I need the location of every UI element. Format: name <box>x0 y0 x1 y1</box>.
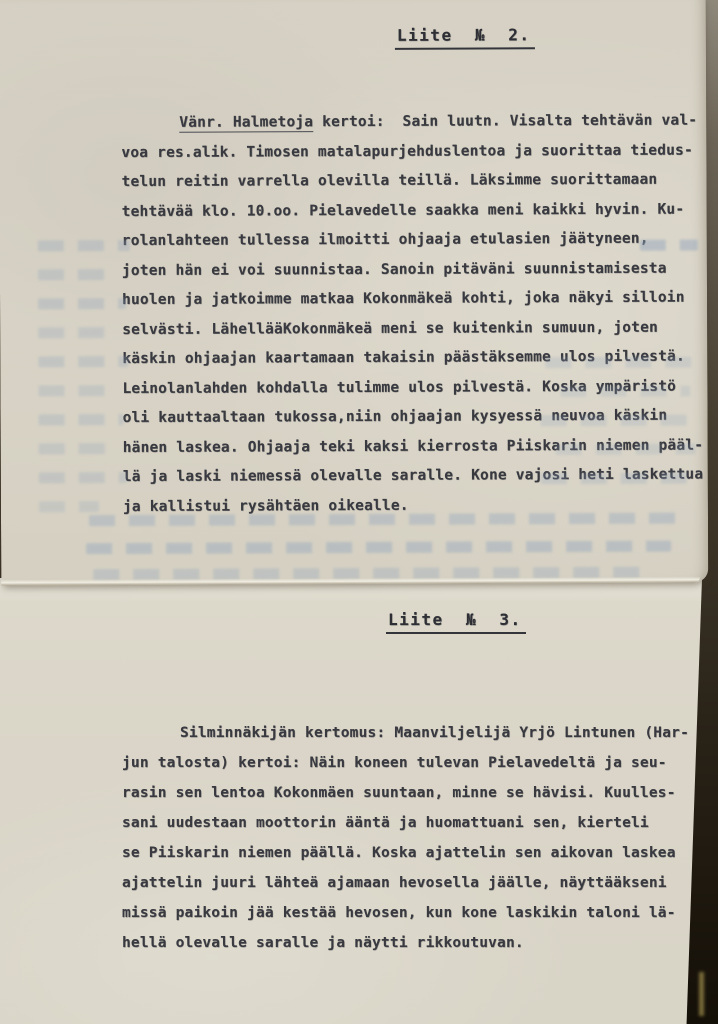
page-heading: Liite № 2. <box>395 25 535 50</box>
text-line: tehtävää klo. 10.oo. Pielavedelle saakka… <box>122 195 708 227</box>
bleed-through-text <box>38 240 130 251</box>
bleed-through-text <box>38 327 114 338</box>
bleed-through-text <box>39 414 124 425</box>
underlined-name: Vänr. Halmetoja <box>179 114 313 133</box>
text-line: Leinolanlahden kohdalla tulimme ulos pil… <box>122 372 708 404</box>
text-line: joten hän ei voi suunnistaa. Sanoin pitä… <box>122 254 708 286</box>
page-heading: Liite № 3. <box>386 610 526 634</box>
text-line: voa res.alik. Timosen matalapurjehduslen… <box>121 136 707 168</box>
text-line: Vänr. Halmetoja kertoi: Sain luutn. Visa… <box>121 106 707 138</box>
text-line: oli kauttaaltaan tukossa,niin ohjaajan k… <box>122 401 708 433</box>
bleed-through-text <box>38 298 126 309</box>
text-line: sani uudestaan moottorin ääntä ja huomat… <box>122 808 708 838</box>
photo-edge-glare <box>699 972 704 1016</box>
text-line: lä ja laski niemessä olevalle saralle. K… <box>123 460 709 492</box>
text-line: telun reitin varrella olevilla teillä. L… <box>121 165 707 197</box>
page-liite-2: Liite № 2. Vänr. Halmetoja kertoi: Sain … <box>0 0 708 586</box>
document-photo: { "colors": { "paper_top_sheet": "#d7d2c… <box>0 0 718 1024</box>
page-body: Silminnäkijän kertomus: Maanviljelijä Yr… <box>122 718 708 958</box>
text-line: rasin sen lentoa Kokonmäen suuntaan, min… <box>122 778 708 808</box>
bleed-through-text <box>93 567 648 580</box>
text-line: missä paikoin jää kestää hevosen, kun ko… <box>122 898 708 928</box>
bleed-through-text <box>39 501 99 512</box>
text-line: hänen laskea. Ohjaaja teki kaksi kierros… <box>123 431 709 463</box>
text-line: ja kallistui rysähtäen oikealle. <box>123 490 709 522</box>
page-liite-3: Liite № 3. Silminnäkijän kertomus: Maanv… <box>0 578 702 1024</box>
page-body: Vänr. Halmetoja kertoi: Sain luutn. Visa… <box>121 106 709 522</box>
bleed-through-text <box>38 356 128 367</box>
text-line: rolanlahteen tullessa ilmoitti ohjaaja e… <box>122 224 708 256</box>
bleed-through-text <box>39 443 117 454</box>
text-line: jun talosta) kertoi: Näin koneen tulevan… <box>122 748 708 778</box>
text-line: käskin ohjaajan kaartamaan takaisin pääs… <box>122 342 708 374</box>
text-line-rest: kertoi: Sain luutn. Visalta tehtävän val… <box>313 112 697 130</box>
text-line: hellä olevalle saralle ja näytti rikkout… <box>122 928 708 958</box>
bleed-through-text <box>38 269 118 280</box>
text-line: Silminnäkijän kertomus: Maanviljelijä Yr… <box>122 718 708 748</box>
text-line: se Piiskarin niemen päällä. Koska ajatte… <box>122 838 708 868</box>
bleed-through-text <box>38 385 108 396</box>
text-line: huolen ja jatkoimme matkaa Kokonmäkeä ko… <box>122 283 708 315</box>
text-line: ajattelin juuri lähteä ajamaan hevosella… <box>122 868 708 898</box>
text-line: selvästi. LähellääKokonmäkeä meni se kui… <box>122 313 708 345</box>
bleed-through-text <box>86 541 671 555</box>
bleed-through-text <box>39 472 127 483</box>
